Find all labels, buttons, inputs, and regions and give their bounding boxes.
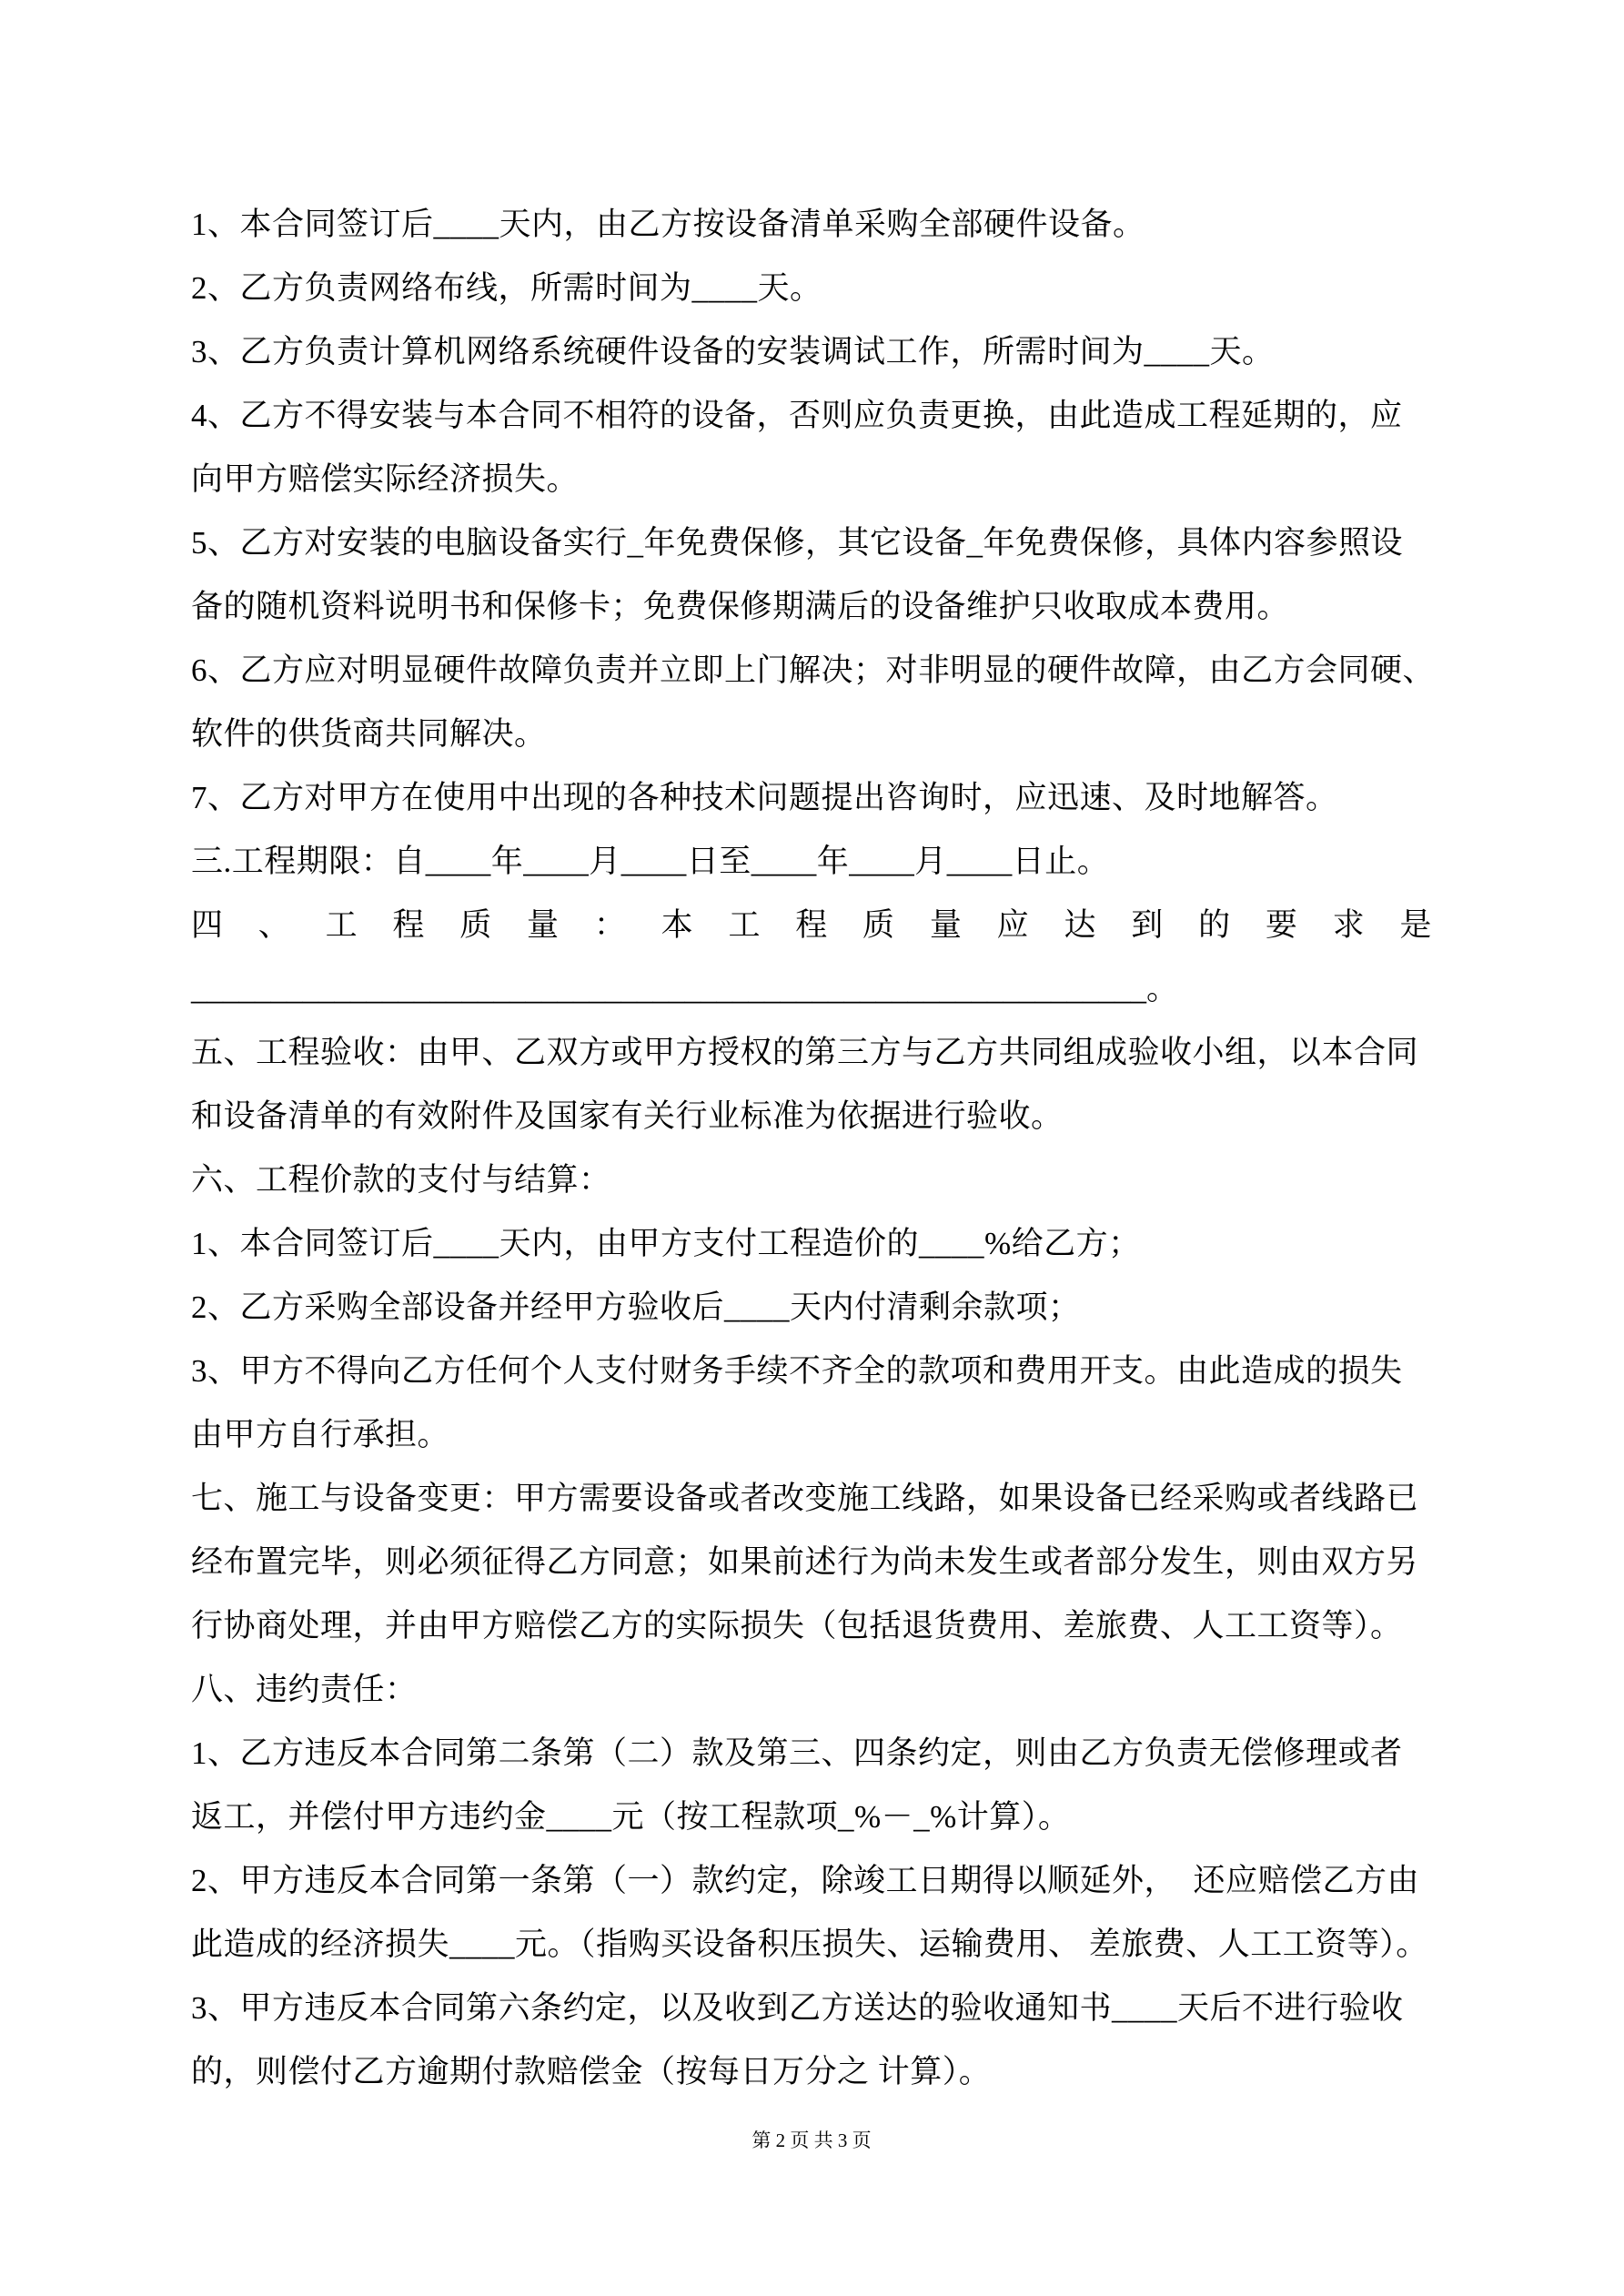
clause-heading-project-quality: 四 、 工 程 质 量 ： 本 工 程 质 量 应 达 到 的 要 求 是: [191, 894, 1432, 957]
contract-line: 3、甲方不得向乙方任何个人支付财务手续不齐全的款项和费用开支。由此造成的损失: [191, 1340, 1432, 1403]
contract-line: 1、本合同签订后____天内，由甲方支付工程造价的____%给乙方；: [191, 1212, 1432, 1276]
page-footer: 第 2 页 共 3 页: [191, 2128, 1432, 2153]
contract-line: 4、乙方不得安装与本合同不相符的设备，否则应负责更换，由此造成工程延期的，应: [191, 384, 1432, 448]
clause-heading-acceptance: 五、工程验收：由甲、乙双方或甲方授权的第三方与乙方共同组成验收小组，以本合同: [191, 1021, 1432, 1085]
contract-line: 2、乙方负责网络布线，所需时间为____天。: [191, 257, 1432, 320]
contract-line: 5、乙方对安装的电脑设备实行_年免费保修，其它设备_年免费保修，具体内容参照设: [191, 511, 1432, 575]
clause-heading-breach: 八、违约责任：: [191, 1658, 1432, 1722]
clause-heading-payment: 六、工程价款的支付与结算：: [191, 1148, 1432, 1212]
contract-line: 向甲方赔偿实际经济损失。: [191, 448, 1432, 511]
contract-line: 软件的供货商共同解决。: [191, 703, 1432, 766]
contract-line: 2、甲方违反本合同第一条第（一）款约定，除竣工日期得以顺延外， 还应赔偿乙方由: [191, 1849, 1432, 1913]
contract-line: 行协商处理，并由甲方赔偿乙方的实际损失（包括退货费用、差旅费、人工工资等）。: [191, 1594, 1432, 1658]
contract-line: 3、甲方违反本合同第六条约定，以及收到乙方送达的验收通知书____天后不进行验收: [191, 1977, 1432, 2040]
contract-line: 此造成的经济损失____元。（指购买设备积压损失、运输费用、 差旅费、人工工资等…: [191, 1913, 1432, 1977]
clause-heading-changes: 七、施工与设备变更：甲方需要设备或者改变施工线路，如果设备已经采购或者线路已: [191, 1467, 1432, 1531]
contract-line: 由甲方自行承担。: [191, 1403, 1432, 1467]
contract-line: 1、本合同签订后____天内，由乙方按设备清单采购全部硬件设备。: [191, 193, 1432, 257]
blank-underline: ________________________________________…: [191, 957, 1432, 1021]
contract-line: 1、乙方违反本合同第二条第（二）款及第三、四条约定，则由乙方负责无偿修理或者: [191, 1722, 1432, 1785]
contract-line: 2、乙方采购全部设备并经甲方验收后____天内付清剩余款项；: [191, 1276, 1432, 1340]
clause-heading-project-term: 三.工程期限：自____年____月____日至____年____月____日止…: [191, 830, 1432, 894]
contract-line: 3、乙方负责计算机网络系统硬件设备的安装调试工作，所需时间为____天。: [191, 320, 1432, 384]
contract-line: 经布置完毕，则必须征得乙方同意；如果前述行为尚未发生或者部分发生，则由双方另: [191, 1531, 1432, 1594]
contract-page: 1、本合同签订后____天内，由乙方按设备清单采购全部硬件设备。 2、乙方负责网…: [191, 193, 1432, 2153]
contract-line: 7、乙方对甲方在使用中出现的各种技术问题提出咨询时，应迅速、及时地解答。: [191, 766, 1432, 830]
contract-line: 和设备清单的有效附件及国家有关行业标准为依据进行验收。: [191, 1085, 1432, 1148]
contract-line: 6、乙方应对明显硬件故障负责并立即上门解决；对非明显的硬件故障，由乙方会同硬、: [191, 639, 1432, 703]
contract-line: 返工，并偿付甲方违约金____元（按工程款项_%－_%计算）。: [191, 1785, 1432, 1849]
contract-line: 的，则偿付乙方逾期付款赔偿金（按每日万分之 计算）。: [191, 2040, 1432, 2104]
contract-line: 备的随机资料说明书和保修卡；免费保修期满后的设备维护只收取成本费用。: [191, 575, 1432, 639]
